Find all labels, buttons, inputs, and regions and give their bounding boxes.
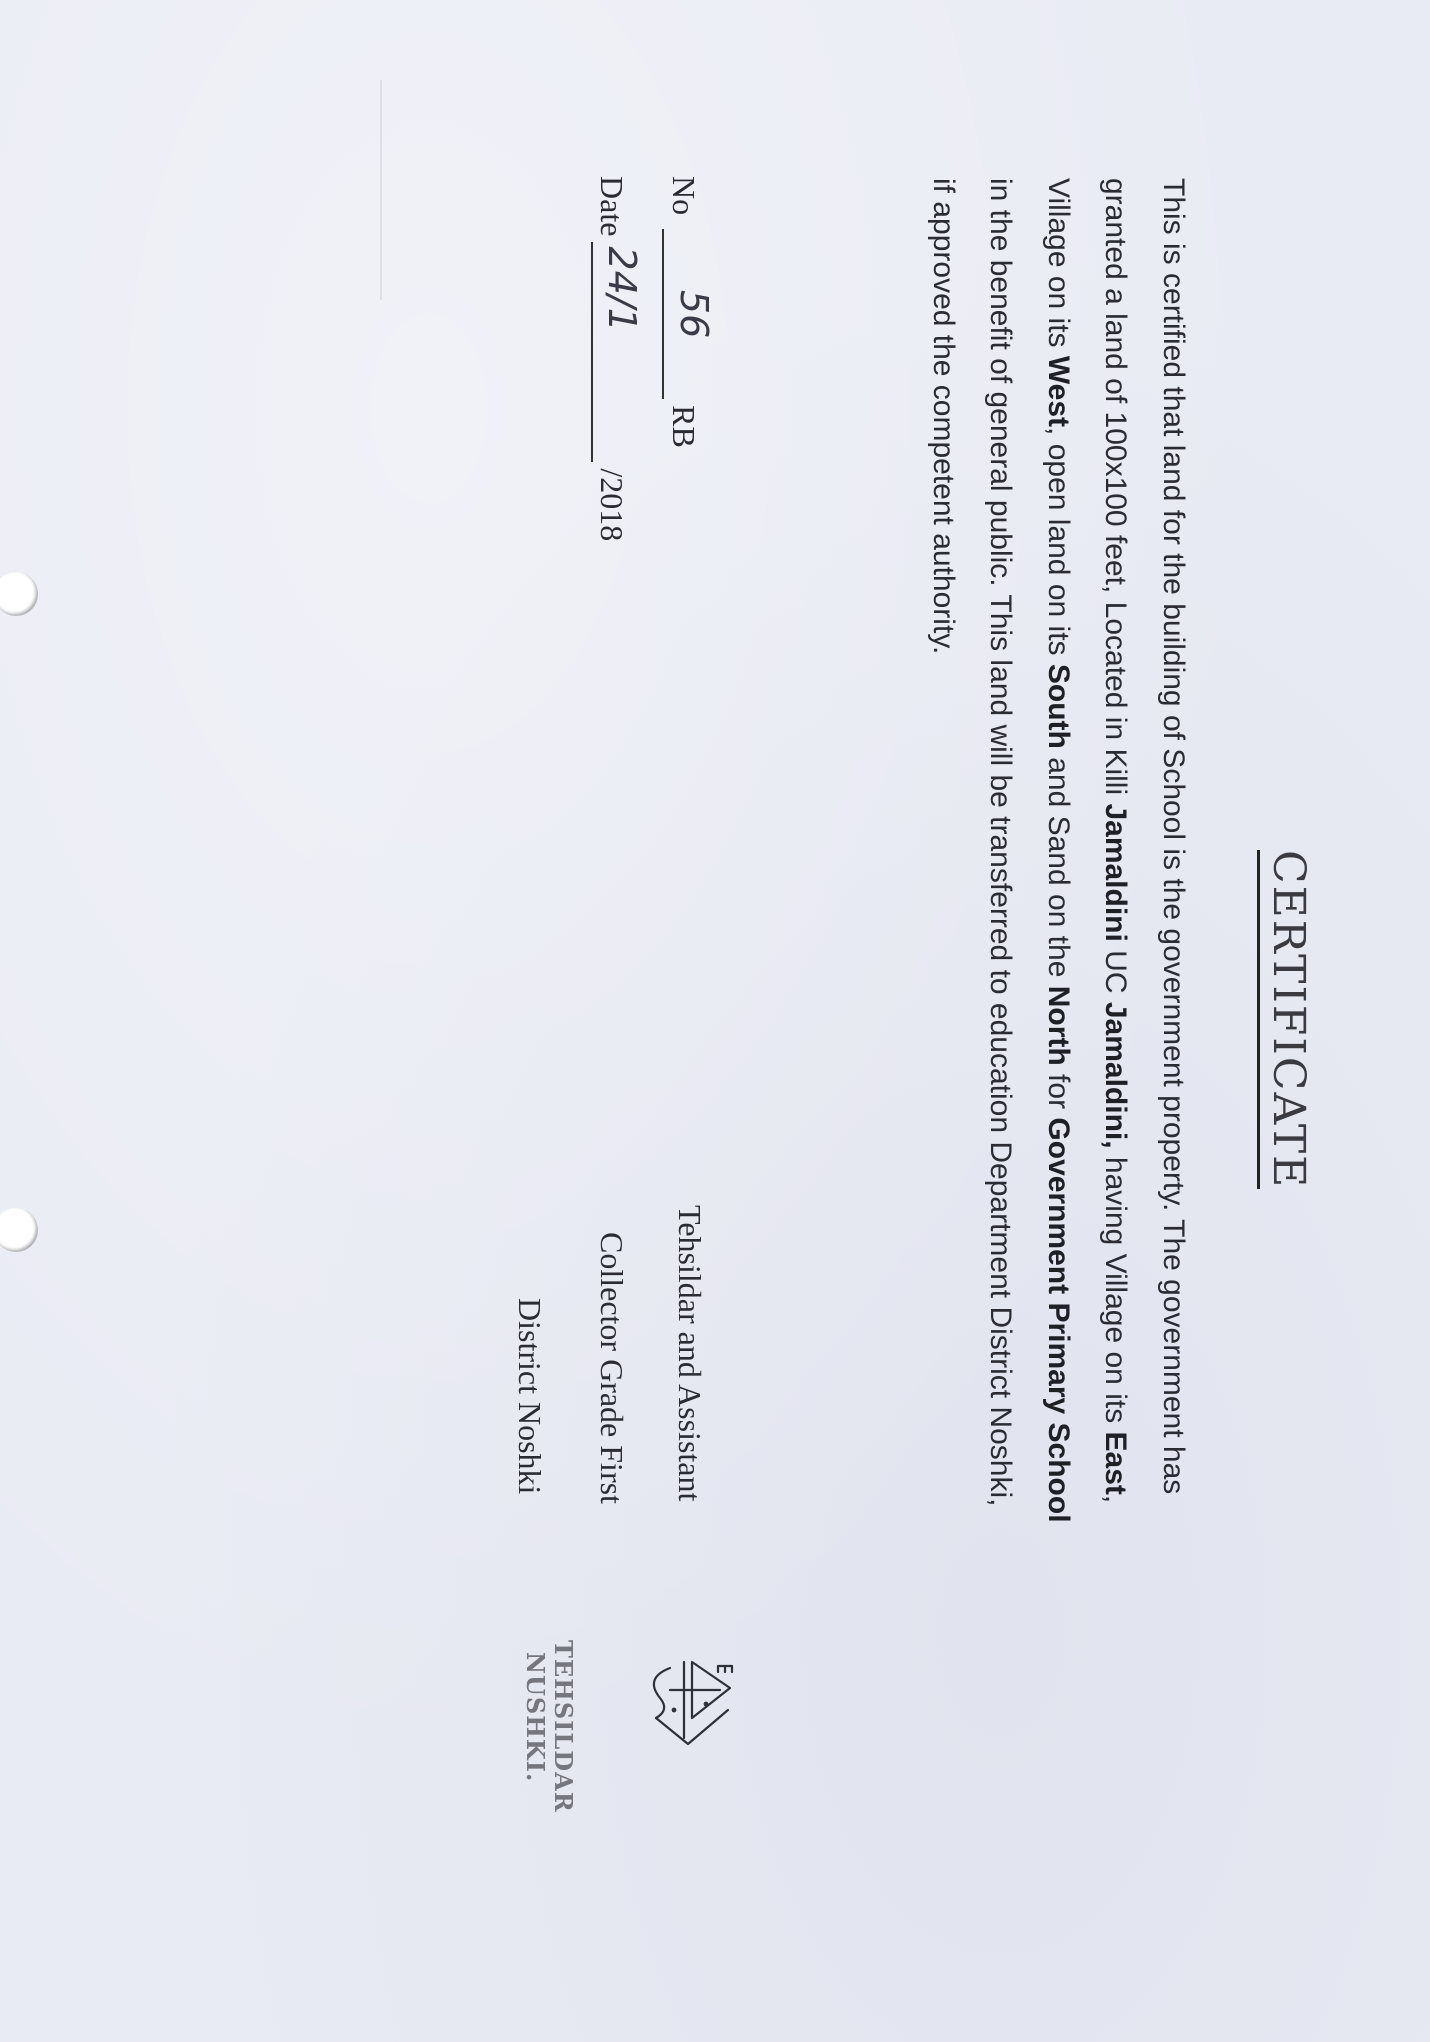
body-text: UC [1100, 942, 1133, 1002]
reference-date-value: 24/1 [600, 246, 644, 331]
body-emphasis: West [1042, 356, 1075, 427]
body-text: if approved the competent authority. [927, 178, 960, 654]
reference-date-field: 24/1 [591, 242, 630, 462]
reference-date-suffix: /2018 [594, 468, 630, 541]
reference-number-label: No [666, 176, 702, 215]
reference-date-label: Date [594, 176, 630, 236]
stamp-line-2: NUSHKI. [521, 1652, 550, 1782]
signatory-title: Tehsildar and Assistant [671, 1205, 708, 1501]
signatory-district: District Noshki [511, 1298, 548, 1494]
signatory-grade: Collector Grade First [593, 1232, 630, 1504]
body-line: in the benefit of general public. This l… [972, 178, 1030, 2038]
body-emphasis: Jamaldini [1100, 803, 1133, 941]
body-text: having Village on its [1100, 1149, 1133, 1432]
body-emphasis: Government Primary School [1042, 1117, 1075, 1522]
reference-number-suffix: RB [666, 405, 702, 448]
certificate-body: This is certified that land for the buil… [915, 178, 1203, 2038]
body-text: , [1100, 1495, 1133, 1503]
certificate-title: CERTIFICATE [1257, 850, 1312, 1189]
body-text: and Sand on the [1042, 749, 1075, 986]
body-text: granted a land of 100x100 feet, Located … [1100, 178, 1133, 803]
body-line: if approved the competent authority. [915, 178, 973, 2038]
certificate-page: CERTIFICATE This is certified that land … [0, 0, 1430, 2042]
body-text: , open land on its [1042, 427, 1075, 664]
body-line: This is certified that land for the buil… [1145, 178, 1203, 2038]
reference-number: No56RB [662, 176, 708, 448]
body-emphasis: East [1100, 1432, 1133, 1495]
reference-date: Date24/1 /2018 [591, 176, 630, 541]
body-line: granted a land of 100x100 feet, Located … [1087, 178, 1145, 2038]
stamp-line-1: TEHSILDAR [549, 1640, 578, 1813]
body-text: in the benefit of general public. This l… [985, 178, 1018, 1506]
body-text: This is certified that land for the buil… [1157, 178, 1190, 1494]
body-text: for [1042, 1066, 1075, 1118]
reference-number-field: 56 [662, 229, 708, 399]
body-emphasis: South [1042, 664, 1075, 749]
body-emphasis: Jamaldini, [1100, 1002, 1133, 1149]
body-text: Village on its [1042, 178, 1075, 356]
body-line: Village on its West, open land on its So… [1030, 178, 1088, 2038]
signature-icon [640, 1648, 740, 1778]
reference-number-value: 56 [672, 290, 716, 338]
body-emphasis: North [1042, 986, 1075, 1066]
